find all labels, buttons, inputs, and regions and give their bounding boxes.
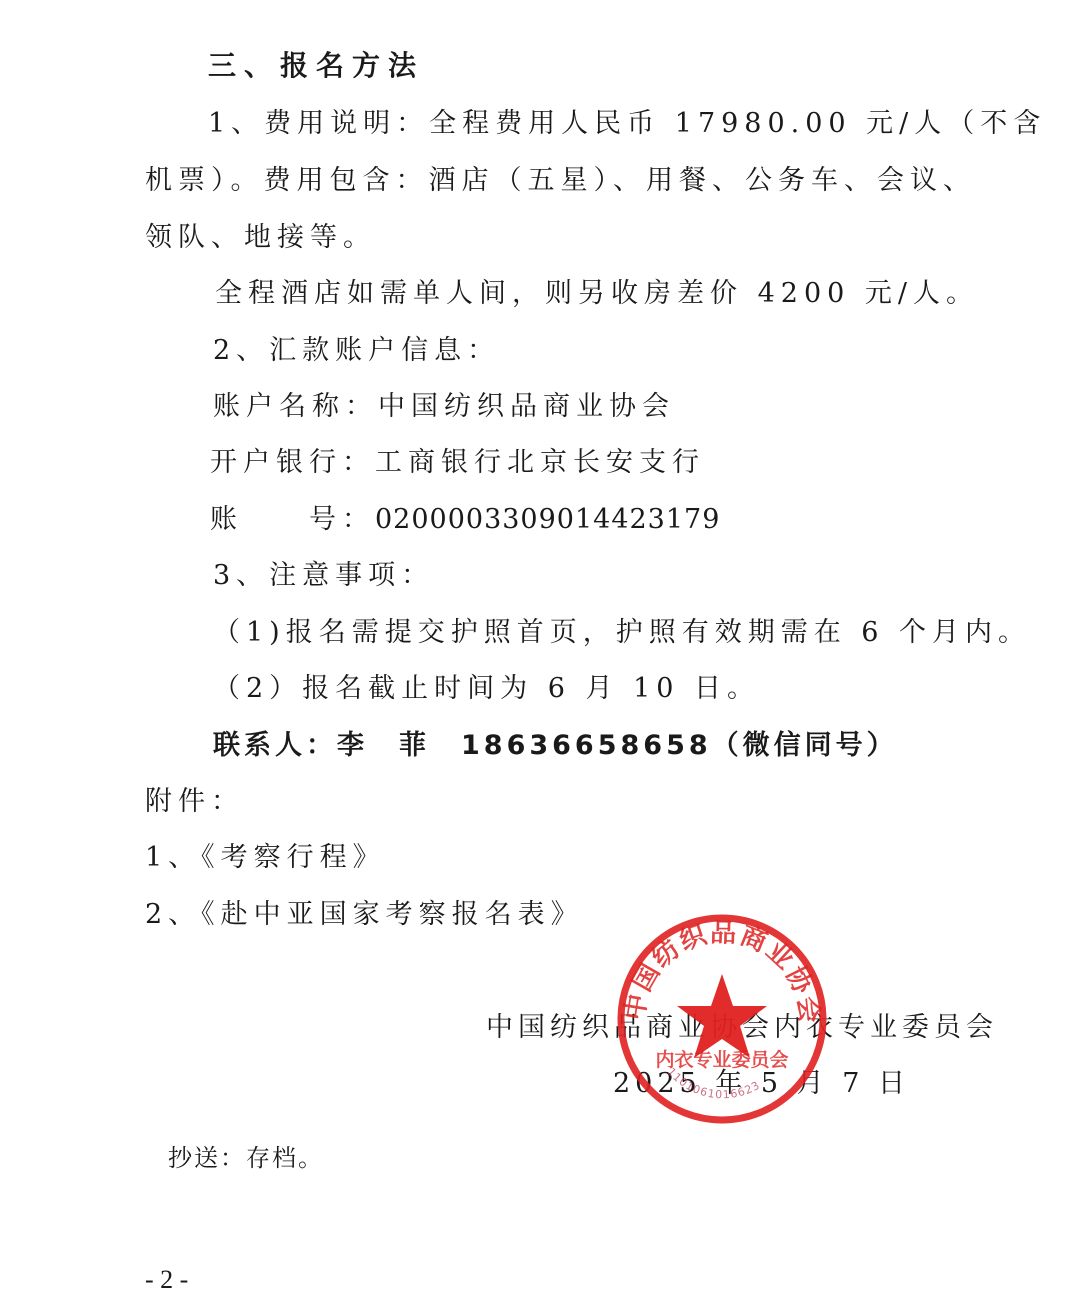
note-item-1: （1)报名需提交护照首页，护照有效期需在 6 个月内。 [213, 615, 1031, 651]
bank-name: 开户银行：工商银行北京长安支行 [210, 445, 705, 481]
remittance-title: 2、汇款账户信息： [213, 333, 500, 369]
page-number: - 2 - [145, 1265, 188, 1295]
attachment-item-1: 1、《考察行程》 [145, 840, 386, 876]
attachment-item-2: 2、《赴中亚国家考察报名表》 [145, 897, 584, 933]
note-item-2: （2）报名截止时间为 6 月 10 日。 [213, 671, 760, 707]
fee-line-3: 领队、地接等。 [145, 220, 376, 256]
fee-line-1: 1、费用说明：全程费用人民币 17980.00 元/人（不含 [208, 106, 1046, 142]
account-number-row: 账 号：0200003309014423179 [210, 502, 720, 538]
fee-line-2: 机票）。费用包含：酒店（五星）、用餐、公务车、会议、 [145, 163, 976, 199]
official-seal-icon: 中国纺织品商业协会 内衣专业委员会 1101061016623 [615, 912, 829, 1126]
account-number: 0200003309014423179 [375, 504, 720, 535]
notes-title: 3、注意事项： [213, 558, 434, 594]
single-room-note: 全程酒店如需单人间，则另收房差价 4200 元/人。 [215, 276, 979, 312]
account-number-label: 账 号： [210, 504, 375, 535]
account-name: 账户名称：中国纺织品商业协会 [213, 389, 675, 425]
contact-info: 联系人：李 菲 18636658658（微信同号） [213, 728, 898, 764]
cc-note: 抄送：存档。 [168, 1142, 324, 1174]
attachments-title: 附件： [145, 784, 244, 820]
section-heading: 三、报名方法 [208, 48, 424, 84]
